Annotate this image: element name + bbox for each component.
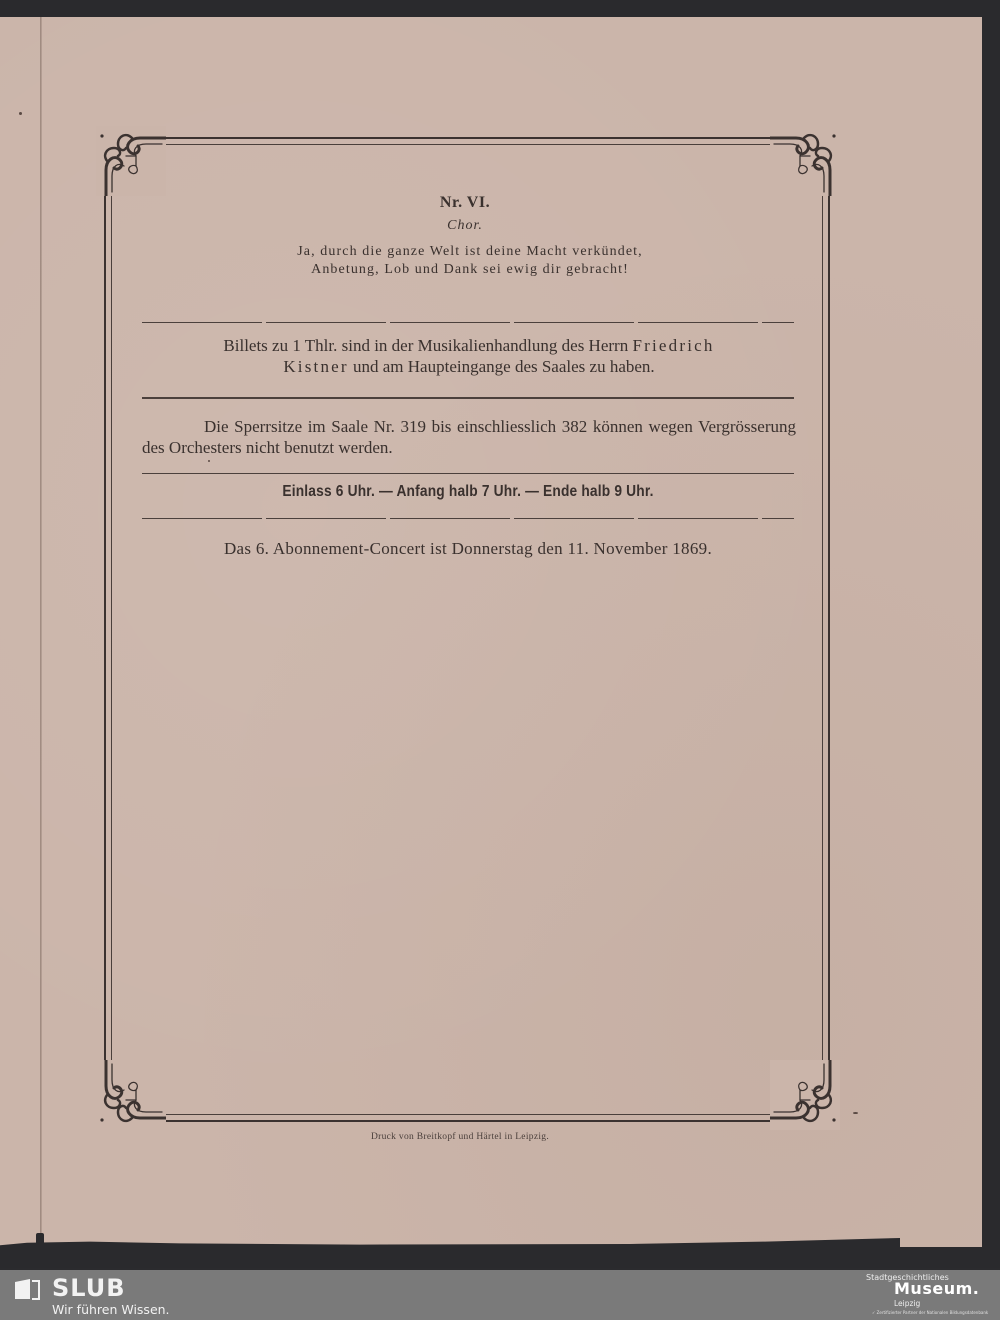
divider-rule [142, 322, 794, 323]
museum-brand[interactable]: Museum. [894, 1279, 979, 1298]
section-label: Chor. [0, 218, 930, 234]
flourish-corner-icon [96, 126, 166, 196]
museum-certification: ✓ Zertifizierter Partner der Nationalen … [872, 1310, 988, 1315]
flourish-corner-icon [96, 1060, 166, 1130]
paper-speck [208, 460, 210, 462]
divider-rule [142, 397, 794, 399]
slub-tagline: Wir führen Wissen. [52, 1302, 170, 1317]
ticket-notice-name: Friedrich [632, 336, 714, 355]
piece-number: Nr. VI. [0, 194, 930, 212]
binding-tab [36, 1233, 44, 1247]
event-hours: Einlass 6 Uhr. — Anfang halb 7 Uhr. — En… [188, 483, 749, 501]
verse-line: Anbetung, Lob und Dank sei ewig dir gebr… [0, 261, 940, 279]
museum-city: Leipzig [894, 1299, 920, 1308]
divider-rule [142, 518, 794, 519]
ornamental-frame-inner [111, 144, 823, 1115]
ticket-notice: Billets zu 1 Thlr. sind in der Musikalie… [142, 335, 796, 377]
paper-speck [19, 112, 22, 115]
seating-notice: Die Sperrsitze im Saale Nr. 319 bis eins… [142, 416, 796, 458]
ticket-notice-name: Kistner [283, 357, 348, 376]
flourish-corner-icon [770, 126, 840, 196]
next-concert-notice: Das 6. Abonnement-Concert ist Donnerstag… [142, 539, 794, 559]
ticket-notice-text: und am Haupteingange des Saales zu haben… [349, 357, 655, 376]
footer-banner: SLUB Wir führen Wissen. Stadtgeschichtli… [0, 1270, 1000, 1320]
divider-rule [142, 473, 794, 474]
ticket-notice-text: Billets zu 1 Thlr. sind in der Musikalie… [223, 336, 632, 355]
slub-book-logo-icon[interactable] [14, 1278, 40, 1300]
seating-notice-text: Die Sperrsitze im Saale Nr. 319 bis eins… [142, 417, 796, 457]
slub-brand[interactable]: SLUB [52, 1274, 126, 1302]
paper-speck [853, 1112, 858, 1114]
flourish-corner-icon [770, 1060, 840, 1130]
verse-line: Ja, durch die ganze Welt ist deine Macht… [0, 243, 940, 261]
printer-imprint: Druck von Breitkopf und Härtel in Leipzi… [0, 1132, 920, 1142]
